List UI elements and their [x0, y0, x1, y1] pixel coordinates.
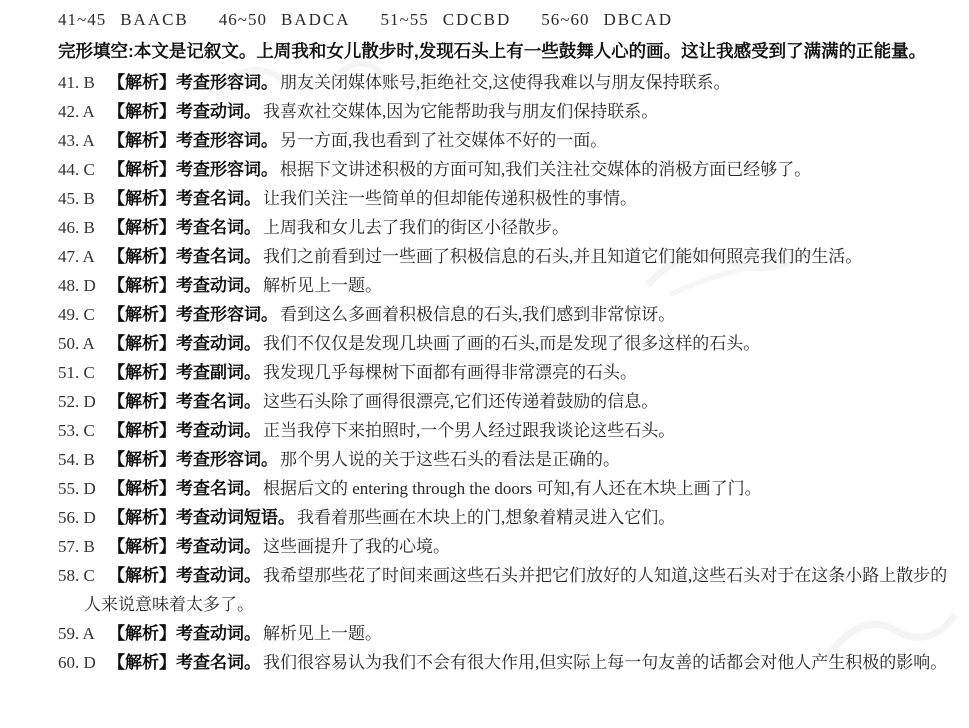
analysis-tag: 【解析】考查动词。 — [108, 566, 261, 585]
explanation-item-58: 58. C【解析】考查动词。我希望那些花了时间来画这些石头并把它们放好的人知道,… — [58, 561, 953, 619]
answer-summary-row: 41~45BAACB46~50BADCA51~55CDCBD56~60DBCAD — [58, 6, 953, 34]
explanation-item-59: 59. A【解析】考查动词。解析见上一题。 — [58, 619, 953, 648]
analysis-tag: 【解析】考查动词。 — [108, 537, 261, 556]
analysis-tag: 【解析】考查形容词。 — [108, 450, 278, 469]
item-number-answer: 48. D — [58, 271, 108, 300]
analysis-tag: 【解析】考查名词。 — [108, 247, 261, 266]
explanation-item-56: 56. D【解析】考查动词短语。我看着那些画在木块上的门,想象着精灵进入它们。 — [58, 503, 953, 532]
analysis-tag: 【解析】考查副词。 — [108, 363, 261, 382]
answer-letters: CDCBD — [443, 10, 512, 29]
explanation-item-41: 41. B【解析】考查形容词。朋友关闭媒体账号,拒绝社交,这使得我难以与朋友保持… — [58, 68, 953, 97]
analysis-tag: 【解析】考查形容词。 — [108, 73, 278, 92]
item-number-answer: 43. A — [58, 126, 108, 155]
explanation-item-44: 44. C【解析】考查形容词。根据下文讲述积极的方面可知,我们关注社交媒体的消极… — [58, 155, 953, 184]
analysis-tag: 【解析】考查动词。 — [108, 421, 261, 440]
explanation-text: 解析见上一题。 — [263, 624, 382, 643]
item-number-answer: 51. C — [58, 358, 108, 387]
explanation-item-57: 57. B【解析】考查动词。这些画提升了我的心境。 — [58, 532, 953, 561]
item-number-answer: 56. D — [58, 503, 108, 532]
analysis-tag: 【解析】考查名词。 — [108, 479, 261, 498]
explanation-text: 解析见上一题。 — [263, 276, 382, 295]
analysis-tag: 【解析】考查动词。 — [108, 624, 261, 643]
explanation-item-55: 55. D【解析】考查名词。根据后文的 entering through the… — [58, 474, 953, 503]
answer-range: 56~60 — [541, 10, 589, 29]
answer-range: 46~50 — [219, 10, 267, 29]
explanation-text: 根据下文讲述积极的方面可知,我们关注社交媒体的消极方面已经够了。 — [280, 160, 811, 179]
analysis-tag: 【解析】考查动词。 — [108, 334, 261, 353]
analysis-tag: 【解析】考查名词。 — [108, 392, 261, 411]
explanation-item-60: 60. D【解析】考查名词。我们很容易认为我们不会有很大作用,但实际上每一句友善… — [58, 648, 953, 677]
explanation-text: 我们之前看到过一些画了积极信息的石头,并且知道它们能如何照亮我们的生活。 — [263, 247, 862, 266]
analysis-tag: 【解析】考查名词。 — [108, 189, 261, 208]
answer-letters: DBCAD — [603, 10, 673, 29]
explanation-text: 上周我和女儿去了我们的街区小径散步。 — [263, 218, 569, 237]
answer-range: 41~45 — [58, 10, 106, 29]
explanation-text: 这些画提升了我的心境。 — [263, 537, 450, 556]
explanation-item-52: 52. D【解析】考查名词。这些石头除了画得很漂亮,它们还传递着鼓励的信息。 — [58, 387, 953, 416]
explanation-text: 根据后文的 entering through the doors 可知,有人还在… — [263, 479, 762, 498]
explanation-item-45: 45. B【解析】考查名词。让我们关注一些简单的但却能传递积极性的事情。 — [58, 184, 953, 213]
explanation-text: 我们很容易认为我们不会有很大作用,但实际上每一句友善的话都会对他人产生积极的影响… — [263, 653, 947, 672]
item-number-answer: 49. C — [58, 300, 108, 329]
explanation-text: 我发现几乎每棵树下面都有画得非常漂亮的石头。 — [263, 363, 637, 382]
explanation-text: 正当我停下来拍照时,一个男人经过跟我谈论这些石头。 — [263, 421, 675, 440]
item-number-answer: 53. C — [58, 416, 108, 445]
answer-letters: BAACB — [120, 10, 189, 29]
analysis-tag: 【解析】考查形容词。 — [108, 131, 278, 150]
explanation-item-42: 42. A【解析】考查动词。我喜欢社交媒体,因为它能帮助我与朋友们保持联系。 — [58, 97, 953, 126]
answer-key-page: 41~45BAACB46~50BADCA51~55CDCBD56~60DBCAD… — [0, 0, 969, 728]
explanation-text: 那个男人说的关于这些石头的看法是正确的。 — [280, 450, 620, 469]
explanation-text: 另一方面,我也看到了社交媒体不好的一面。 — [280, 131, 607, 150]
explanation-list: 41. B【解析】考查形容词。朋友关闭媒体账号,拒绝社交,这使得我难以与朋友保持… — [58, 68, 953, 677]
answer-range: 51~55 — [381, 10, 429, 29]
explanation-text: 这些石头除了画得很漂亮,它们还传递着鼓励的信息。 — [263, 392, 658, 411]
item-number-answer: 46. B — [58, 213, 108, 242]
analysis-tag: 【解析】考查形容词。 — [108, 305, 278, 324]
explanation-item-54: 54. B【解析】考查形容词。那个男人说的关于这些石头的看法是正确的。 — [58, 445, 953, 474]
analysis-tag: 【解析】考查动词。 — [108, 102, 261, 121]
explanation-text: 我喜欢社交媒体,因为它能帮助我与朋友们保持联系。 — [263, 102, 658, 121]
item-number-answer: 45. B — [58, 184, 108, 213]
explanation-item-49: 49. C【解析】考查形容词。看到这么多画着积极信息的石头,我们感到非常惊讶。 — [58, 300, 953, 329]
analysis-tag: 【解析】考查名词。 — [108, 653, 261, 672]
answer-letters: BADCA — [281, 10, 351, 29]
item-number-answer: 44. C — [58, 155, 108, 184]
item-number-answer: 42. A — [58, 97, 108, 126]
explanation-text: 我们不仅仅是发现几块画了画的石头,而是发现了很多这样的石头。 — [263, 334, 760, 353]
item-number-answer: 52. D — [58, 387, 108, 416]
item-number-answer: 58. C — [58, 561, 108, 590]
analysis-tag: 【解析】考查形容词。 — [108, 160, 278, 179]
explanation-item-47: 47. A【解析】考查名词。我们之前看到过一些画了积极信息的石头,并且知道它们能… — [58, 242, 953, 271]
explanation-text: 我看着那些画在木块上的门,想象着精灵进入它们。 — [297, 508, 675, 527]
explanation-item-50: 50. A【解析】考查动词。我们不仅仅是发现几块画了画的石头,而是发现了很多这样… — [58, 329, 953, 358]
explanation-item-43: 43. A【解析】考查形容词。另一方面,我也看到了社交媒体不好的一面。 — [58, 126, 953, 155]
item-number-answer: 50. A — [58, 329, 108, 358]
explanation-item-46: 46. B【解析】考查名词。上周我和女儿去了我们的街区小径散步。 — [58, 213, 953, 242]
explanation-item-48: 48. D【解析】考查动词。解析见上一题。 — [58, 271, 953, 300]
analysis-tag: 【解析】考查名词。 — [108, 218, 261, 237]
item-number-answer: 47. A — [58, 242, 108, 271]
explanation-text: 让我们关注一些简单的但却能传递积极性的事情。 — [263, 189, 637, 208]
analysis-tag: 【解析】考查动词短语。 — [108, 508, 295, 527]
item-number-answer: 57. B — [58, 532, 108, 561]
analysis-tag: 【解析】考查动词。 — [108, 276, 261, 295]
explanation-item-51: 51. C【解析】考查副词。我发现几乎每棵树下面都有画得非常漂亮的石头。 — [58, 358, 953, 387]
explanation-text: 看到这么多画着积极信息的石头,我们感到非常惊讶。 — [280, 305, 675, 324]
explanation-text: 朋友关闭媒体账号,拒绝社交,这使得我难以与朋友保持联系。 — [280, 73, 731, 92]
item-number-answer: 55. D — [58, 474, 108, 503]
section-intro: 完形填空:本文是记叙文。上周我和女儿散步时,发现石头上有一些鼓舞人心的画。这让我… — [58, 37, 953, 66]
item-number-answer: 54. B — [58, 445, 108, 474]
item-number-answer: 59. A — [58, 619, 108, 648]
item-number-answer: 41. B — [58, 68, 108, 97]
item-number-answer: 60. D — [58, 648, 108, 677]
explanation-item-53: 53. C【解析】考查动词。正当我停下来拍照时,一个男人经过跟我谈论这些石头。 — [58, 416, 953, 445]
